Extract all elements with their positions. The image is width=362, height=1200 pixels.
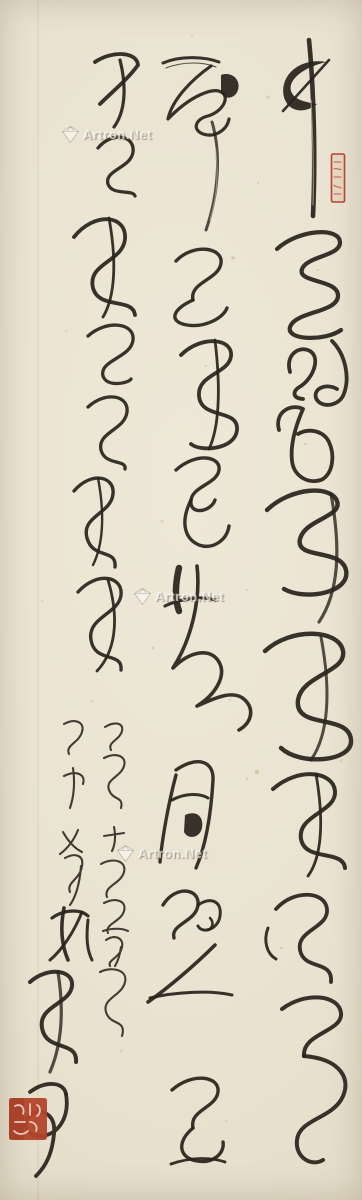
glyph-yue	[160, 762, 213, 868]
glyph-small-ba	[60, 830, 82, 854]
calligraphy-column-middle	[148, 58, 251, 1164]
top-right-seal	[332, 154, 345, 202]
glyph-zhong	[283, 40, 329, 216]
glyph-ting	[277, 232, 341, 338]
glyph-gui	[181, 340, 237, 449]
glyph-luo	[88, 397, 127, 469]
glyph-small-wei	[64, 768, 84, 808]
glyph-sig-san	[30, 972, 76, 1072]
glyph-di	[289, 341, 347, 405]
glyph-shei	[74, 478, 115, 567]
glyph-qi	[265, 634, 351, 760]
glyph-ming	[163, 891, 220, 938]
bottom-left-seal	[9, 1098, 47, 1140]
glyph-zhi	[98, 137, 135, 196]
paper-foxing-spots	[41, 35, 343, 1122]
glyph-small-qiu	[101, 861, 124, 897]
calligraphy-column-left	[74, 54, 138, 671]
glyph-small-jian	[104, 755, 124, 808]
glyph-ren	[148, 945, 232, 1002]
glyph-jin	[165, 566, 251, 730]
glyph-small-yue	[106, 937, 122, 966]
glyph-lu	[282, 997, 345, 1162]
glyph-small-yue2	[65, 855, 82, 905]
glyph-shi	[175, 249, 227, 325]
artwork-scroll: Artron.Net Artron.Net Artron.Net	[0, 0, 362, 1200]
glyph-bu	[95, 54, 138, 127]
calligraphy-artwork	[0, 0, 362, 1200]
glyph-ya	[273, 774, 345, 876]
glyph-sheng	[163, 58, 239, 230]
glyph-jinwang	[171, 1078, 225, 1164]
glyph-shu	[267, 491, 346, 622]
glyph-jia	[78, 578, 121, 671]
glyph-small-wang	[105, 724, 122, 750]
glyph-small-ji	[64, 721, 83, 754]
glyph-sig-lin	[50, 908, 92, 960]
glyph-qiu	[74, 218, 135, 317]
glyph-small-xie	[100, 969, 125, 1036]
inscription-column-b	[60, 721, 84, 905]
calligraphy-column-right	[265, 40, 351, 1162]
inscription-column-a	[100, 724, 128, 1036]
glyph-small-zhong	[104, 827, 124, 851]
glyph-si	[88, 325, 133, 383]
glyph-small-wang2	[103, 900, 128, 933]
glyph-hua	[176, 458, 229, 546]
glyph-leng	[266, 895, 331, 982]
